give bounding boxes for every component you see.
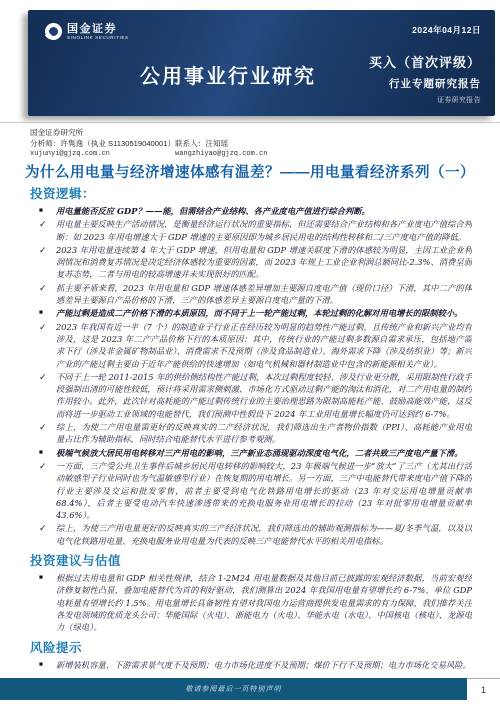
report-date: 2024年04月12日 xyxy=(412,24,481,36)
square-bullet-icon: ■ xyxy=(30,307,56,319)
sub-bullet-item: ✓不同于上一轮 2011-2015 年的供给侧结构性产能过剩，本次过剩程度较轻、… xyxy=(30,371,472,420)
check-bullet-icon: ✓ xyxy=(30,460,56,521)
report-body: 投资逻辑： ■用电量能否反应 GDP？——能，但需结合产业结构、各产业度电产值进… xyxy=(30,184,472,677)
bullet-text: 2023 年用电量连续第 4 年大于 GDP 增速，但用电量和 GDP 增速关联… xyxy=(56,244,472,281)
report-category: 证券研究报告 xyxy=(369,94,481,104)
check-bullet-icon: ✓ xyxy=(30,522,56,547)
check-bullet-icon: ✓ xyxy=(30,218,56,243)
bullet-text: 抓主要矛盾来看，2023 年用电量和 GDP 增速体感差异增加主要源自度电产值（… xyxy=(56,282,472,307)
analyst-email: xujunyi@gjzq.com.cn xyxy=(30,149,175,160)
check-bullet-icon: ✓ xyxy=(30,421,56,446)
bullet-text: 不同于上一轮 2011-2015 年的供给侧结构性产能过剩，本次过剩程度较轻、涉… xyxy=(56,371,472,420)
bullet-item: ■极端气候放大居民用电转移对三产用电的影响，三产新业态涌现驱动深度电气化，二者共… xyxy=(30,447,472,459)
contact-block: 国金证券研究所 分析师：许隽逸（执业 S1130519040001） 联系人：汪… xyxy=(30,127,470,160)
square-bullet-icon: ■ xyxy=(30,447,56,459)
contact-email: wangzhiyao@gjzq.com.cn xyxy=(175,149,470,160)
analyst-name: 分析师：许隽逸（执业 S1130519040001） xyxy=(30,138,175,149)
report-page: 国金证券 SINOLINK SECURITIES 2024年04月12日 公用事… xyxy=(0,0,500,707)
bullet-text: 用电量能否反应 GDP？——能，但需结合产业结构、各产业度电产值进行综合判断。 xyxy=(56,205,472,217)
sinolink-logo-icon xyxy=(45,23,62,40)
bullet-list-investment-advice: ■根据过去用电量和 GDP 相关性规律，结合 1-2M24 用电量数据及其他目前… xyxy=(30,572,472,633)
square-bullet-icon: ■ xyxy=(30,205,56,217)
bullet-text: 产能过剩是造成二产价格下滑的本质原因，而不同于上一轮产能过剩，本轮过剩的化解对用… xyxy=(56,307,472,319)
check-bullet-icon: ✓ xyxy=(30,371,56,420)
sub-bullet-item: ✓抓主要矛盾来看，2023 年用电量和 GDP 增速体感差异增加主要源自度电产值… xyxy=(30,282,472,307)
bullet-item: ■根据过去用电量和 GDP 相关性规律，结合 1-2M24 用电量数据及其他目前… xyxy=(30,572,472,633)
bullet-item: ■产能过剩是造成二产价格下滑的本质原因，而不同于上一轮产能过剩，本轮过剩的化解对… xyxy=(30,307,472,319)
bullet-text: 综上，为使三产用电量更好的反映真实的三产经济状况，我们筛选出的辅助观测指标为——… xyxy=(56,522,472,547)
sub-bullet-item: ✓2023 年用电量连续第 4 年大于 GDP 增速，但用电量和 GDP 增速关… xyxy=(30,244,472,281)
bullet-text: 用电量主要反映生产活动情况，是衡量经济运行状况的重要指标，但还需要结合产业结构和… xyxy=(56,218,472,243)
sub-bullet-item: ✓综上，为使三产用电量更好的反映真实的三产经济状况，我们筛选出的辅助观测指标为—… xyxy=(30,522,472,547)
check-bullet-icon: ✓ xyxy=(30,321,56,370)
section-heading-risk: 风险提示 xyxy=(30,638,472,656)
header-right-block: 买入（首次评级） 行业专题研究报告 证券研究报告 xyxy=(369,52,481,104)
square-bullet-icon: ■ xyxy=(30,572,56,633)
report-type: 行业专题研究报告 xyxy=(369,76,481,91)
bullet-text: 极端气候放大居民用电转移对三产用电的影响，三产新业态涌现驱动深度电气化，二者共致… xyxy=(56,447,472,459)
page-footer: 敬请参阅最后一页特别声明 1 xyxy=(0,678,500,700)
bullet-item: ■用电量能否反应 GDP？——能，但需结合产业结构、各产业度电产值进行综合判断。 xyxy=(30,205,472,217)
section-heading-investment-advice: 投资建议与估值 xyxy=(30,551,472,569)
bullet-text: 新增装机容量、下游需求景气度不及预期；电力市场化进度不及预期；煤价下行不及预期；… xyxy=(56,659,472,671)
header-divider xyxy=(0,122,500,123)
sub-bullet-item: ✓用电量主要反映生产活动情况，是衡量经济运行状况的重要指标，但还需要结合产业结构… xyxy=(30,218,472,243)
page-title: 为什么用电量与经济增速体感有温差？——用电量看经济系列（一） xyxy=(0,161,500,182)
page-number-value: 1 xyxy=(481,685,486,695)
square-bullet-icon: ■ xyxy=(30,659,56,671)
logo-name-cn: 国金证券 xyxy=(67,23,129,35)
company-logo: 国金证券 SINOLINK SECURITIES xyxy=(45,23,129,40)
check-bullet-icon: ✓ xyxy=(30,244,56,281)
bullet-text: 综上，为使二产用电量需更好的反映真实的二产经济状况，我们筛选出生产者物价指数（P… xyxy=(56,421,472,446)
sub-bullet-item: ✓2023 年我国有近一半（7 个）的制造业子行业正在经历较为明显的趋势性产能过… xyxy=(30,321,472,370)
bullet-text: 2023 年我国有近一半（7 个）的制造业子行业正在经历较为明显的趋势性产能过剩… xyxy=(56,321,472,370)
logo-text: 国金证券 SINOLINK SECURITIES xyxy=(67,23,129,40)
footer-disclaimer-bar: 敬请参阅最后一页特别声明 xyxy=(0,678,467,700)
report-series-title: 公用事业行业研究 xyxy=(83,60,373,89)
research-institute: 国金证券研究所 xyxy=(30,127,470,138)
sub-bullet-item: ✓一方面，三产受公共卫生事件后城乡居民用电转移的影响较大，23 年极端气候进一步… xyxy=(30,460,472,521)
contact-person: 联系人：汪知瑶 xyxy=(175,138,470,149)
footer-disclaimer: 敬请参阅最后一页特别声明 xyxy=(186,684,282,694)
bullet-text: 一方面，三产受公共卫生事件后城乡居民用电转移的影响较大，23 年极端气候进一步“… xyxy=(56,460,472,521)
bullet-list-investment-logic: ■用电量能否反应 GDP？——能，但需结合产业结构、各产业度电产值进行综合判断。… xyxy=(30,205,472,547)
page-number: 1 xyxy=(467,678,500,700)
rating-badge: 买入（首次评级） xyxy=(369,52,481,71)
bullet-text: 根据过去用电量和 GDP 相关性规律，结合 1-2M24 用电量数据及其他目前已… xyxy=(56,572,472,633)
sub-bullet-item: ✓综上，为使二产用电量需更好的反映真实的二产经济状况，我们筛选出生产者物价指数（… xyxy=(30,421,472,446)
report-header: 国金证券 SINOLINK SECURITIES 2024年04月12日 公用事… xyxy=(28,10,495,116)
section-heading-investment-logic: 投资逻辑： xyxy=(30,184,472,202)
bullet-list-risk: ■新增装机容量、下游需求景气度不及预期；电力市场化进度不及预期；煤价下行不及预期… xyxy=(30,659,472,671)
bullet-item: ■新增装机容量、下游需求景气度不及预期；电力市场化进度不及预期；煤价下行不及预期… xyxy=(30,659,472,671)
logo-name-en: SINOLINK SECURITIES xyxy=(67,35,129,40)
check-bullet-icon: ✓ xyxy=(30,282,56,307)
